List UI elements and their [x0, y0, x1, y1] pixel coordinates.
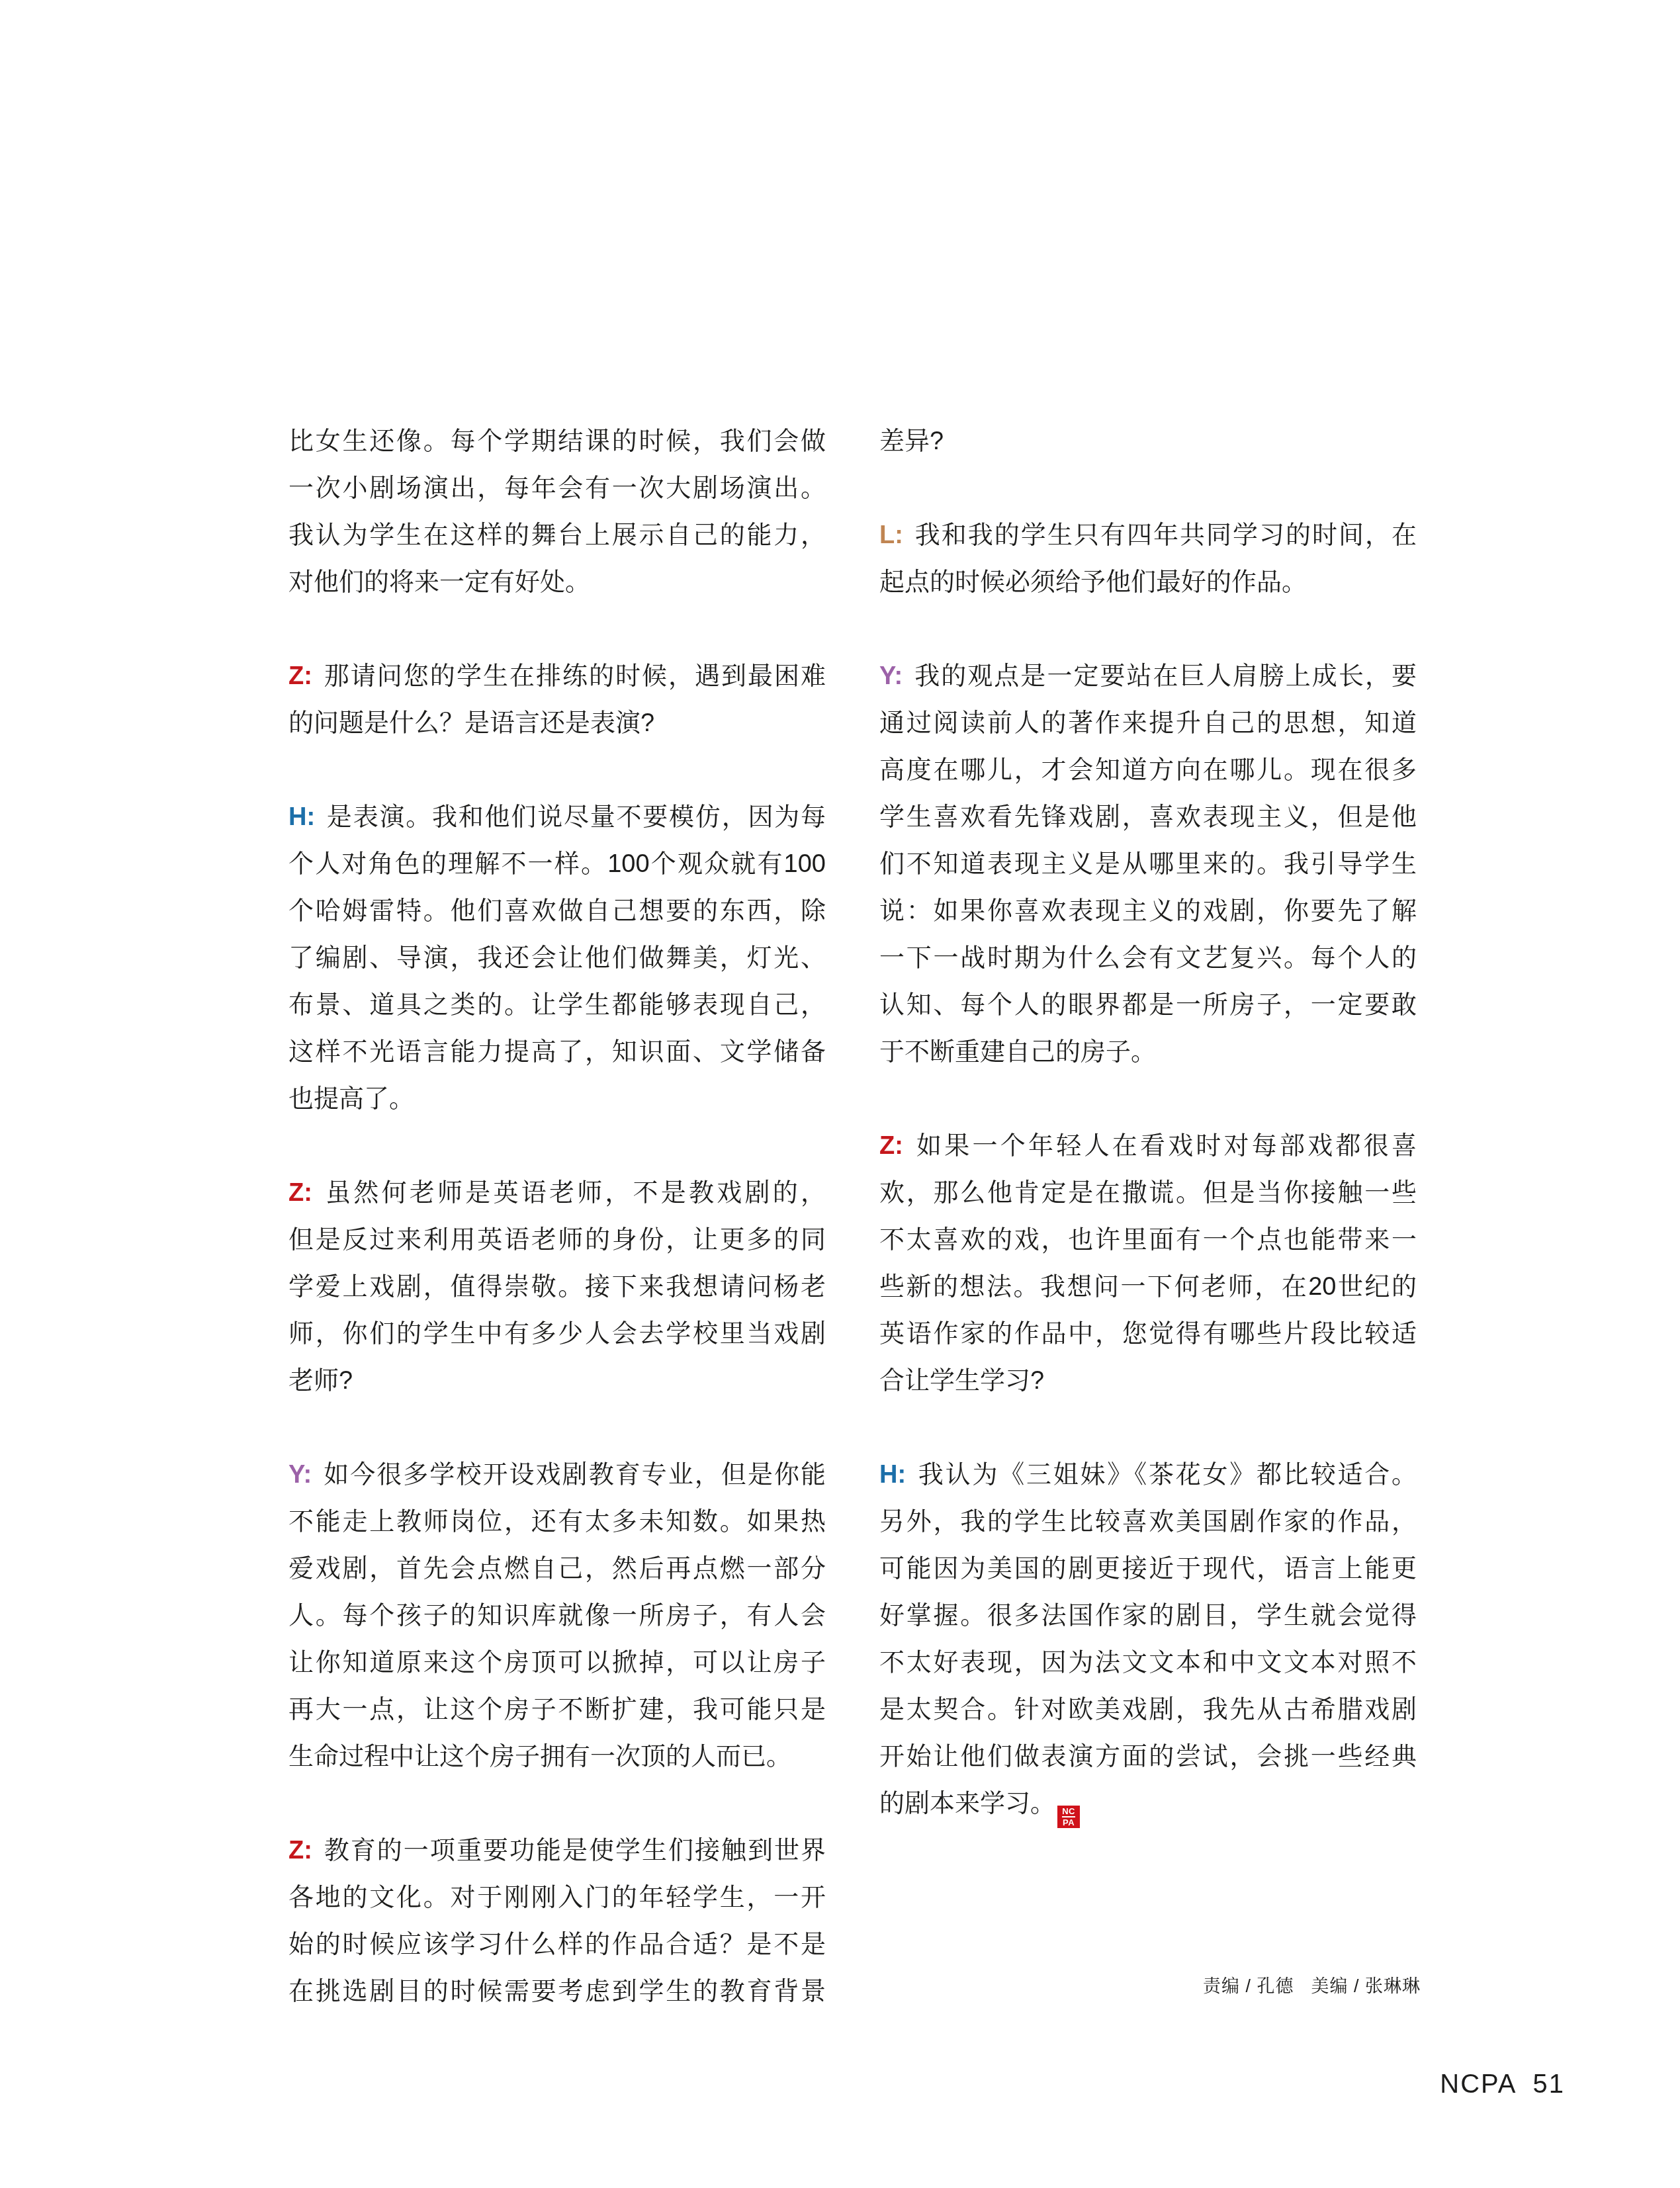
line-text: 教育的一项重要功能是使学生们接触到世界: [323, 1837, 826, 1864]
text-line: 合让学生学习?: [879, 1358, 1417, 1405]
left-text-column: 比女生还像。每个学期结课的时候，我们会做一次小剧场演出，每年会有一次大剧场演出。…: [288, 418, 826, 2062]
text-line: 始的时候应该学习什么样的作品合适？是不是: [288, 1921, 826, 1968]
text-line: 认知、每个人的眼界都是一所房子，一定要敢: [879, 982, 1417, 1029]
line-text: 虽然何老师是英语老师，不是教戏剧的，: [323, 1179, 826, 1207]
text-line: 各地的文化。对于刚刚入门的年轻学生，一开: [288, 1874, 826, 1921]
paragraph: H:是表演。我和他们说尽量不要模仿，因为每个人对角色的理解不一样。100个观众就…: [288, 794, 826, 1123]
line-text: 些新的想法。我想问一下何老师，在20世纪的: [879, 1273, 1417, 1301]
text-line: Z:虽然何老师是英语老师，不是教戏剧的，: [288, 1170, 826, 1217]
page-number-value: 51: [1533, 2070, 1566, 2099]
stamp-text-bottom: PA: [1063, 1817, 1075, 1827]
speaker-label: Y:: [288, 1461, 312, 1489]
text-line: 一下一战时期为什么会有文艺复兴。每个人的: [879, 935, 1417, 982]
text-line: 英语作家的作品中，您觉得有哪些片段比较适: [879, 1311, 1417, 1358]
line-text: 生命过程中让这个房子拥有一次顶的人而已。: [288, 1743, 791, 1771]
text-line: 但是反过来利用英语老师的身份，让更多的同: [288, 1217, 826, 1264]
line-text: 一次小剧场演出，每年会有一次大剧场演出。: [288, 474, 826, 502]
paragraph: H:我认为《三姐妹》《茶花女》都比较适合。另外，我的学生比较喜欢美国剧作家的作品…: [879, 1452, 1417, 1828]
paragraph: Z:教育的一项重要功能是使学生们接触到世界各地的文化。对于刚刚入门的年轻学生，一…: [288, 1827, 826, 2015]
paragraph: Y:我的观点是一定要站在巨人肩膀上成长，要通过阅读前人的著作来提升自己的思想，知…: [879, 653, 1417, 1076]
text-line: 再大一点，让这个房子不断扩建，我可能只是: [288, 1686, 826, 1733]
credit-editor: 责编 / 孔德: [1203, 1976, 1294, 1996]
text-line: 比女生还像。每个学期结课的时候，我们会做: [288, 418, 826, 465]
line-text: 但是反过来利用英语老师的身份，让更多的同: [288, 1226, 826, 1254]
line-text: 不太喜欢的戏，也许里面有一个点也能带来一: [879, 1226, 1417, 1254]
credit-designer: 美编 / 张琳琳: [1311, 1976, 1421, 1996]
right-text-column: 差异?L:我和我的学生只有四年共同学习的时间，在起点的时候必须给予他们最好的作品…: [879, 418, 1417, 1875]
line-text: 这样不光语言能力提高了，知识面、文学储备: [288, 1038, 826, 1066]
stamp-text-top: NC: [1062, 1806, 1075, 1817]
line-text: 英语作家的作品中，您觉得有哪些片段比较适: [879, 1320, 1417, 1348]
text-line: 好掌握。很多法国作家的剧目，学生就会觉得: [879, 1593, 1417, 1640]
line-text: 是表演。我和他们说尽量不要模仿，因为每: [326, 803, 826, 831]
line-text: 可能因为美国的剧更接近于现代，语言上能更: [879, 1555, 1417, 1583]
line-text: 始的时候应该学习什么样的作品合适？是不是: [288, 1931, 826, 1958]
line-text: 一下一战时期为什么会有文艺复兴。每个人的: [879, 944, 1417, 972]
speaker-label: Z:: [288, 662, 312, 690]
line-text: 个人对角色的理解不一样。100个观众就有100: [288, 850, 826, 878]
line-text: 欢，那么他肯定是在撒谎。但是当你接触一些: [879, 1179, 1417, 1207]
line-text: 了编剧、导演，我还会让他们做舞美，灯光、: [288, 944, 826, 972]
text-line: 老师?: [288, 1358, 826, 1405]
line-text: 是太契合。针对欧美戏剧，我先从古希腊戏剧: [879, 1696, 1417, 1724]
magazine-page: 比女生还像。每个学期结课的时候，我们会做一次小剧场演出，每年会有一次大剧场演出。…: [0, 0, 1680, 2188]
text-line: 在挑选剧目的时候需要考虑到学生的教育背景: [288, 1968, 826, 2015]
text-line: 也提高了。: [288, 1076, 826, 1123]
line-text: 如今很多学校开设戏剧教育专业，但是你能: [322, 1461, 826, 1489]
text-line: 通过阅读前人的著作来提升自己的思想，知道: [879, 700, 1417, 747]
text-line: 是太契合。针对欧美戏剧，我先从古希腊戏剧: [879, 1686, 1417, 1733]
text-line: Z:那请问您的学生在排练的时候，遇到最困难: [288, 653, 826, 700]
text-line: 布景、道具之类的。让学生都能够表现自己，: [288, 982, 826, 1029]
text-line: Z:如果一个年轻人在看戏时对每部戏都很喜: [879, 1123, 1417, 1170]
line-text: 的问题是什么？是语言还是表演?: [288, 709, 654, 737]
speaker-label: H:: [879, 1461, 906, 1489]
line-text: 好掌握。很多法国作家的剧目，学生就会觉得: [879, 1602, 1417, 1630]
text-line: 不太好表现，因为法文文本和中文文本对照不: [879, 1640, 1417, 1686]
line-text: 我认为学生在这样的舞台上展示自己的能力，: [288, 521, 826, 549]
speaker-label: Z:: [879, 1132, 903, 1160]
text-line: 让你知道原来这个房顶可以掀掉，可以让房子: [288, 1640, 826, 1686]
line-text: 再大一点，让这个房子不断扩建，我可能只是: [288, 1696, 826, 1724]
text-line: 个人对角色的理解不一样。100个观众就有100: [288, 841, 826, 888]
line-text: 差异?: [879, 427, 944, 455]
line-text: 老师?: [288, 1367, 353, 1395]
line-text: 让你知道原来这个房顶可以掀掉，可以让房子: [288, 1649, 826, 1677]
line-text: 合让学生学习?: [879, 1367, 1044, 1395]
ncpa-end-stamp-icon: NCPA: [1057, 1806, 1080, 1828]
text-line: 欢，那么他肯定是在撒谎。但是当你接触一些: [879, 1170, 1417, 1217]
text-line: 人。每个孩子的知识库就像一所房子，有人会: [288, 1593, 826, 1640]
page-number: NCPA51: [1440, 2070, 1565, 2099]
editor-credits: 责编 / 孔德美编 / 张琳琳: [1203, 1972, 1421, 1997]
line-text: 个哈姆雷特。他们喜欢做自己想要的东西，除: [288, 897, 826, 925]
text-line: Y:我的观点是一定要站在巨人肩膀上成长，要: [879, 653, 1417, 700]
line-text: 高度在哪儿，才会知道方向在哪儿。现在很多: [879, 756, 1417, 784]
text-line: 对他们的将来一定有好处。: [288, 559, 826, 606]
text-line: 的剧本来学习。NCPA: [879, 1780, 1417, 1828]
line-text: 们不知道表现主义是从哪里来的。我引导学生: [879, 850, 1417, 878]
paragraph: 比女生还像。每个学期结课的时候，我们会做一次小剧场演出，每年会有一次大剧场演出。…: [288, 418, 826, 606]
line-text: 通过阅读前人的著作来提升自己的思想，知道: [879, 709, 1417, 737]
paragraph: L:我和我的学生只有四年共同学习的时间，在起点的时候必须给予他们最好的作品。: [879, 512, 1417, 606]
text-line: L:我和我的学生只有四年共同学习的时间，在: [879, 512, 1417, 559]
line-text: 于不断重建自己的房子。: [879, 1038, 1156, 1066]
paragraph: Z:如果一个年轻人在看戏时对每部戏都很喜欢，那么他肯定是在撒谎。但是当你接触一些…: [879, 1123, 1417, 1405]
text-line: Z:教育的一项重要功能是使学生们接触到世界: [288, 1827, 826, 1874]
line-text: 我和我的学生只有四年共同学习的时间，在: [914, 521, 1417, 549]
speaker-label: L:: [879, 521, 903, 549]
text-line: H:我认为《三姐妹》《茶花女》都比较适合。: [879, 1452, 1417, 1499]
text-line: 们不知道表现主义是从哪里来的。我引导学生: [879, 841, 1417, 888]
line-text: 认知、每个人的眼界都是一所房子，一定要敢: [879, 991, 1417, 1019]
text-line: 学生喜欢看先锋戏剧，喜欢表现主义，但是他: [879, 794, 1417, 841]
line-text: 不能走上教师岗位，还有太多未知数。如果热: [288, 1508, 826, 1536]
text-line: 学爱上戏剧，值得崇敬。接下来我想请问杨老: [288, 1264, 826, 1311]
text-line: 高度在哪儿，才会知道方向在哪儿。现在很多: [879, 747, 1417, 794]
paragraph: Y:如今很多学校开设戏剧教育专业，但是你能不能走上教师岗位，还有太多未知数。如果…: [288, 1452, 826, 1780]
speaker-label: Y:: [879, 662, 903, 690]
text-line: 的问题是什么？是语言还是表演?: [288, 700, 826, 747]
line-text: 我的观点是一定要站在巨人肩膀上成长，要: [913, 662, 1417, 690]
text-line: 一次小剧场演出，每年会有一次大剧场演出。: [288, 465, 826, 512]
line-text: 如果一个年轻人在看戏时对每部戏都很喜: [914, 1132, 1417, 1160]
line-text: 爱戏剧，首先会点燃自己，然后再点燃一部分: [288, 1555, 826, 1583]
line-text: 布景、道具之类的。让学生都能够表现自己，: [288, 991, 826, 1019]
text-line: 可能因为美国的剧更接近于现代，语言上能更: [879, 1546, 1417, 1593]
line-text: 人。每个孩子的知识库就像一所房子，有人会: [288, 1602, 826, 1630]
paragraph: Z:那请问您的学生在排练的时候，遇到最困难的问题是什么？是语言还是表演?: [288, 653, 826, 747]
text-line: 差异?: [879, 418, 1417, 465]
line-text: 对他们的将来一定有好处。: [288, 568, 590, 596]
line-text: 那请问您的学生在排练的时候，遇到最困难: [323, 662, 826, 690]
line-text: 说：如果你喜欢表现主义的戏剧，你要先了解: [879, 897, 1417, 925]
line-text: 的剧本来学习。: [879, 1790, 1055, 1817]
text-line: 这样不光语言能力提高了，知识面、文学储备: [288, 1029, 826, 1076]
text-line: 另外，我的学生比较喜欢美国剧作家的作品，: [879, 1499, 1417, 1546]
text-line: 了编剧、导演，我还会让他们做舞美，灯光、: [288, 935, 826, 982]
text-line: 开始让他们做表演方面的尝试，会挑一些经典: [879, 1733, 1417, 1780]
text-line: 不能走上教师岗位，还有太多未知数。如果热: [288, 1499, 826, 1546]
line-text: 比女生还像。每个学期结课的时候，我们会做: [288, 427, 826, 455]
line-text: 在挑选剧目的时候需要考虑到学生的教育背景: [288, 1978, 826, 2005]
line-text: 起点的时候必须给予他们最好的作品。: [879, 568, 1307, 596]
line-text: 学生喜欢看先锋戏剧，喜欢表现主义，但是他: [879, 803, 1417, 831]
line-text: 学爱上戏剧，值得崇敬。接下来我想请问杨老: [288, 1273, 826, 1301]
speaker-label: Z:: [288, 1837, 312, 1864]
text-line: 师，你们的学生中有多少人会去学校里当戏剧: [288, 1311, 826, 1358]
text-line: Y:如今很多学校开设戏剧教育专业，但是你能: [288, 1452, 826, 1499]
text-line: 起点的时候必须给予他们最好的作品。: [879, 559, 1417, 606]
text-line: 说：如果你喜欢表现主义的戏剧，你要先了解: [879, 888, 1417, 935]
text-line: H:是表演。我和他们说尽量不要模仿，因为每: [288, 794, 826, 841]
line-text: 师，你们的学生中有多少人会去学校里当戏剧: [288, 1320, 826, 1348]
line-text: 也提高了。: [288, 1085, 414, 1113]
line-text: 我认为《三姐妹》《茶花女》都比较适合。: [916, 1461, 1417, 1489]
paragraph: Z:虽然何老师是英语老师，不是教戏剧的，但是反过来利用英语老师的身份，让更多的同…: [288, 1170, 826, 1405]
text-line: 个哈姆雷特。他们喜欢做自己想要的东西，除: [288, 888, 826, 935]
speaker-label: H:: [288, 803, 315, 831]
text-line: 些新的想法。我想问一下何老师，在20世纪的: [879, 1264, 1417, 1311]
speaker-label: Z:: [288, 1179, 312, 1207]
line-text: 各地的文化。对于刚刚入门的年轻学生，一开: [288, 1884, 826, 1911]
journal-name: NCPA: [1440, 2070, 1517, 2099]
text-line: 生命过程中让这个房子拥有一次顶的人而已。: [288, 1733, 826, 1780]
text-line: 我认为学生在这样的舞台上展示自己的能力，: [288, 512, 826, 559]
line-text: 不太好表现，因为法文文本和中文文本对照不: [879, 1649, 1417, 1677]
line-text: 开始让他们做表演方面的尝试，会挑一些经典: [879, 1743, 1417, 1771]
text-line: 于不断重建自己的房子。: [879, 1029, 1417, 1076]
line-text: 另外，我的学生比较喜欢美国剧作家的作品，: [879, 1508, 1417, 1536]
text-line: 爱戏剧，首先会点燃自己，然后再点燃一部分: [288, 1546, 826, 1593]
text-line: 不太喜欢的戏，也许里面有一个点也能带来一: [879, 1217, 1417, 1264]
paragraph: 差异?: [879, 418, 1417, 465]
